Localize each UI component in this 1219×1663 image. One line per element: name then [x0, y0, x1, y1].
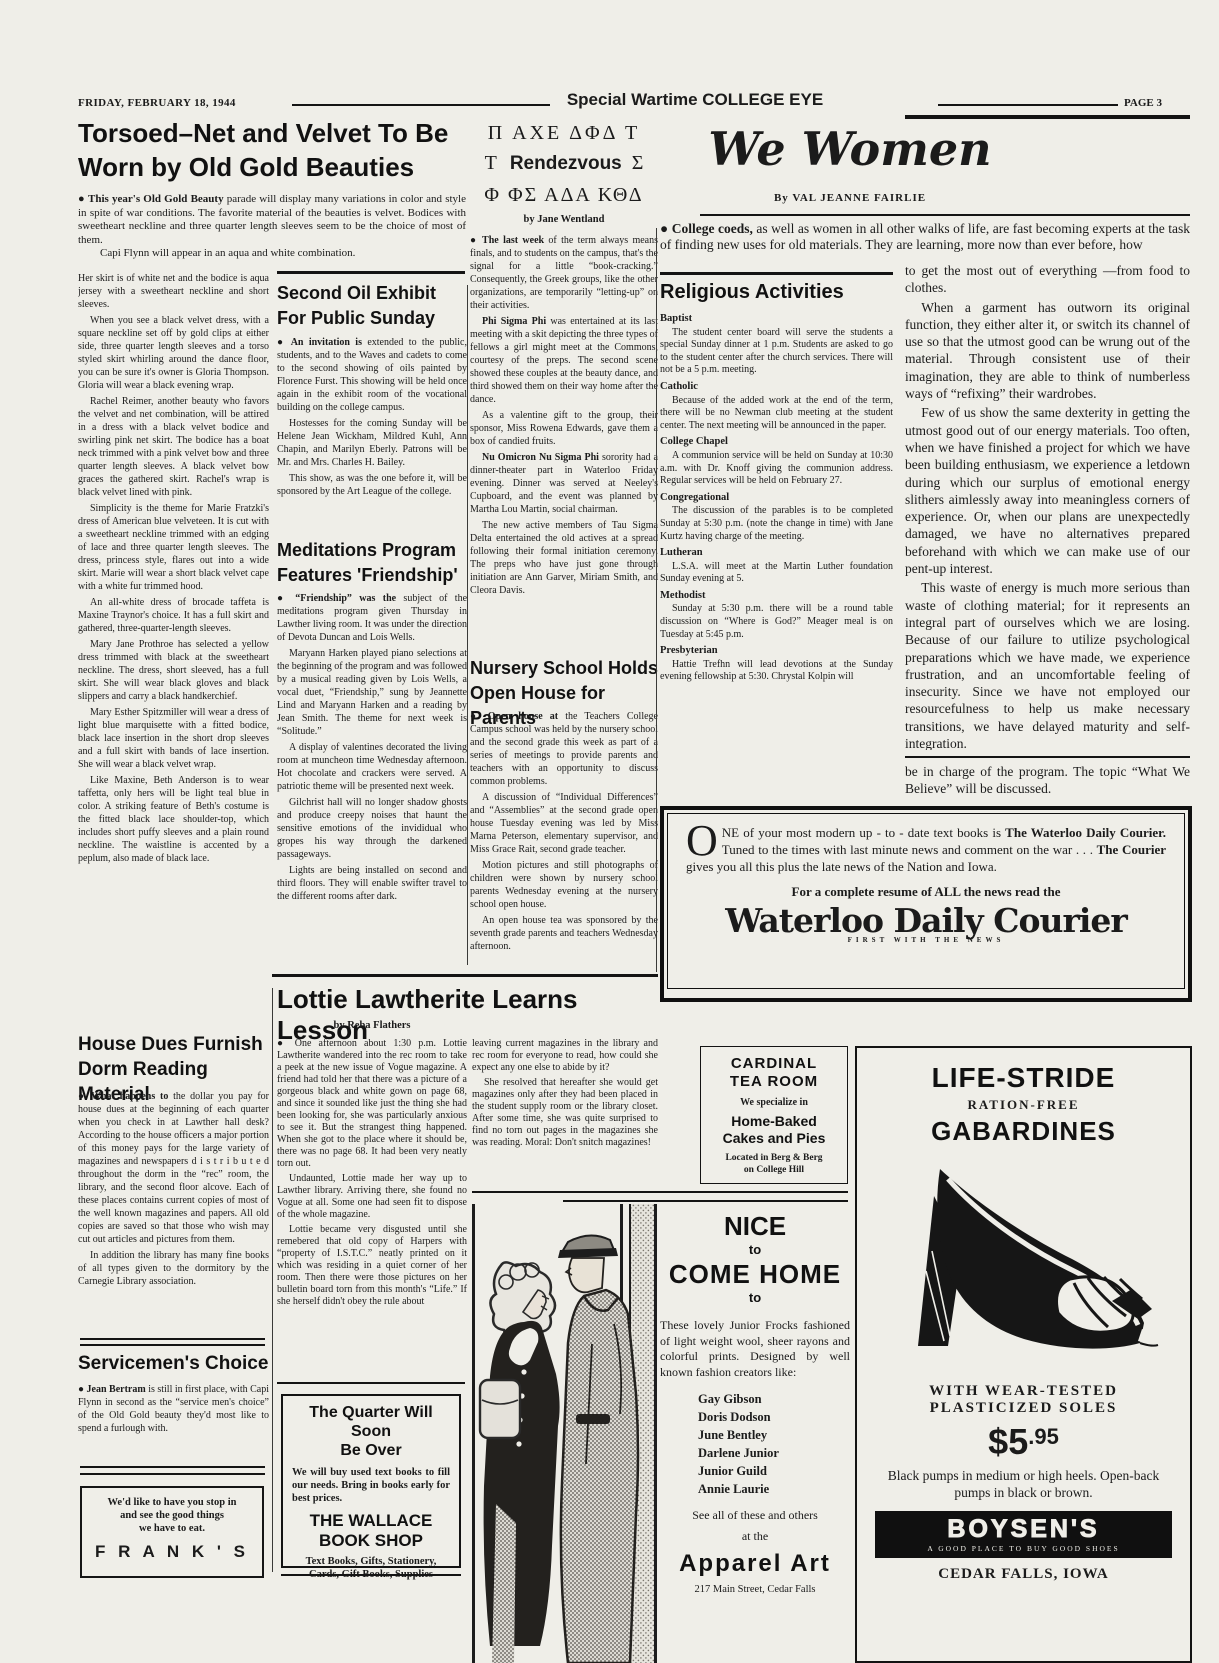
nice-ad-h1: NICE — [660, 1212, 850, 1240]
courier-ad-logo: Waterloo Daily Courier — [686, 904, 1166, 938]
designer-name: Doris Dodson — [698, 1408, 850, 1426]
wallace-ad-store-name: THE WALLACE BOOK SHOP — [292, 1511, 450, 1551]
rendezvous-byline: by Jane Wentland — [470, 214, 658, 225]
article-servicemen-headline: Servicemen's Choice — [78, 1353, 278, 1375]
nice-ad-h4: to — [660, 1288, 850, 1308]
article-torsoed-headline: Torsoed–Net and Velvet To Be Worn by Old… — [78, 116, 478, 184]
divider-rule — [80, 1473, 265, 1475]
lifestride-feature-2: PLASTICIZED SOLES — [857, 1400, 1190, 1417]
designer-name: Junior Guild — [698, 1462, 850, 1480]
designer-name: Annie Laurie — [698, 1480, 850, 1498]
cardinal-ad-product: Home-Baked Cakes and Pies — [701, 1113, 847, 1147]
article-torsoed-body: Her skirt is of white net and the bodice… — [78, 272, 269, 1028]
lifestride-desc: Black pumps in medium or high heels. Ope… — [857, 1467, 1190, 1501]
article-lottie-byline: by Reba Flathers — [277, 1020, 467, 1031]
wallace-ad-body: We will buy used text books to fill our … — [292, 1466, 450, 1505]
cardinal-ad-name: CARDINAL TEA ROOM — [701, 1055, 847, 1091]
wallace-ad: The Quarter Will Soon Be Over We will bu… — [281, 1394, 461, 1568]
column-rule — [656, 228, 657, 972]
nice-ad-at-line: at the — [660, 1529, 850, 1544]
greek-letters-row2: Τ Rendezvous Σ — [470, 148, 658, 180]
rendezvous-masthead: Π ΑΧΕ ΔΦΔ Τ Τ Rendezvous Σ Φ ΦΣ ΑΔΑ ΚΘΔ … — [470, 118, 658, 225]
nice-ad: NICE to COME HOME to These lovely Junior… — [660, 1212, 850, 1595]
courier-ad-inner: ONE of your most modern up - to - date t… — [667, 813, 1185, 989]
greek-letters-row3: Φ ΦΣ ΑΔΑ ΚΘΔ — [470, 180, 658, 210]
divider-rule — [905, 756, 1190, 758]
nice-ad-designer-list: Gay Gibson Doris Dodson June Bentley Dar… — [660, 1390, 850, 1498]
cardinal-ad-sub: We specialize in — [701, 1097, 847, 1108]
franks-ad-text: we have to eat. — [82, 1522, 262, 1535]
article-meditations-headline: Meditations Program Features 'Friendship… — [277, 538, 477, 588]
header-rule-right — [938, 104, 1118, 106]
lifestride-feature-1: WITH WEAR-TESTED — [857, 1383, 1190, 1400]
nice-ad-body: These lovely Junior Frocks fashioned of … — [660, 1318, 850, 1380]
article-house-dues-body: ● What happens to the dollar you pay for… — [78, 1090, 269, 1336]
column-rule — [272, 988, 273, 1572]
religious-section-presbyterian: Presbyterian — [660, 645, 893, 658]
religious-section-chapel: College Chapel — [660, 436, 893, 449]
lifestride-city: CEDAR FALLS, IOWA — [857, 1566, 1190, 1583]
religious-section-methodist: Methodist — [660, 590, 893, 603]
high-heel-pump-illustration — [874, 1151, 1174, 1376]
divider-rule — [563, 1200, 848, 1202]
religious-section-catholic: Catholic — [660, 381, 893, 394]
page-date: FRIDAY, FEBRUARY 18, 1944 — [78, 97, 236, 109]
we-women-continuation: to get the most out of everything —from … — [905, 262, 1190, 750]
article-oil-headline: Second Oil Exhibit For Public Sunday — [277, 281, 472, 331]
newspaper-page: FRIDAY, FEBRUARY 18, 1944 Special Wartim… — [0, 0, 1219, 1663]
divider-rule — [80, 1466, 265, 1468]
lifestride-price: $5.95 — [857, 1421, 1190, 1463]
divider-rule-thick — [272, 974, 658, 977]
cardinal-ad-location: Located in Berg & Berg on College Hill — [701, 1152, 847, 1176]
nice-ad-store-name: Apparel Art — [660, 1550, 850, 1578]
wallace-ad-headline: The Quarter Will Soon Be Over — [292, 1403, 450, 1460]
we-women-top-rule — [905, 115, 1190, 119]
franks-ad: We'd like to have you stop in and see th… — [80, 1486, 264, 1578]
article-servicemen-body: ● Jean Bertram is still in first place, … — [78, 1383, 269, 1461]
article-religious-body: Baptist The student center board will se… — [660, 309, 893, 753]
divider-rule — [660, 272, 893, 275]
franks-ad-text: and see the good things — [82, 1509, 262, 1522]
woman-figure — [480, 1262, 560, 1663]
boysens-store-name: BOYSEN'S — [875, 1515, 1172, 1544]
courier-ad-tagline: For a complete resume of ALL the news re… — [686, 884, 1166, 900]
divider-rule — [700, 214, 1190, 216]
religious-section-baptist: Baptist — [660, 313, 893, 326]
boysens-banner: BOYSEN'S A GOOD PLACE TO BUY GOOD SHOES — [875, 1511, 1172, 1558]
article-nursery-body: ● Open house at the Teachers College Cam… — [470, 710, 658, 972]
courier-ad: ONE of your most modern up - to - date t… — [660, 806, 1192, 1002]
wallace-ad-items: Text Books, Gifts, Stationery, Cards, Gi… — [292, 1555, 450, 1581]
nice-ad-h2: to — [660, 1240, 850, 1260]
article-religious-headline: Religious Activities — [660, 281, 900, 304]
designer-name: Darlene Junior — [698, 1444, 850, 1462]
courier-ad-dropcap: O — [686, 824, 722, 858]
rendezvous-title: Rendezvous — [504, 153, 628, 174]
boysens-store-sub: A GOOD PLACE TO BUY GOOD SHOES — [875, 1544, 1172, 1553]
divider-rule — [80, 1344, 265, 1346]
divider-rule — [80, 1338, 265, 1340]
lifestride-ad: LIFE-STRIDE RATION-FREE GABARDINES WITH … — [855, 1046, 1192, 1663]
lifestride-brand: LIFE-STRIDE — [857, 1062, 1190, 1094]
designer-name: Gay Gibson — [698, 1390, 850, 1408]
religious-section-lutheran: Lutheran — [660, 547, 893, 560]
nice-ad-see-line: See all of these and others — [660, 1508, 850, 1523]
franks-ad-store-name: F R A N K ' S — [82, 1542, 262, 1562]
article-lottie-col2: leaving current magazines in the library… — [472, 1038, 658, 1188]
greek-letters-row1: Π ΑΧΕ ΔΦΔ Τ — [470, 118, 658, 148]
we-women-title: We Women — [665, 122, 1035, 176]
article-torsoed-lead: ● This year's Old Gold Beauty parade wil… — [78, 193, 466, 269]
divider-rule — [277, 1382, 465, 1384]
divider-rule — [277, 271, 465, 274]
page-number: PAGE 3 — [1124, 97, 1162, 109]
designer-name: June Bentley — [698, 1426, 850, 1444]
divider-rule — [281, 1574, 461, 1576]
nice-ad-address: 217 Main Street, Cedar Falls — [660, 1584, 850, 1595]
article-oil-body: ● An invitation is extended to the publi… — [277, 336, 467, 532]
woman-greeting-soldier-illustration — [472, 1204, 658, 1663]
franks-ad-text: We'd like to have you stop in — [82, 1496, 262, 1509]
column-rule — [467, 285, 468, 965]
religious-section-congregational: Congregational — [660, 492, 893, 505]
nice-ad-h3: COME HOME — [660, 1260, 850, 1288]
article-lottie-headline: Lottie Lawtherite Learns Lesson — [277, 984, 662, 1046]
courier-ad-copy: ONE of your most modern up - to - date t… — [686, 824, 1166, 875]
article-meditations-body: ● “Friendship” was the subject of the me… — [277, 592, 467, 968]
lifestride-sub: RATION-FREE — [857, 1097, 1190, 1113]
masthead-title: Special Wartime COLLEGE EYE — [455, 90, 935, 110]
soldier-figure — [558, 1235, 638, 1663]
cardinal-ad: CARDINAL TEA ROOM We specialize in Home-… — [700, 1046, 848, 1184]
lifestride-product: GABARDINES — [857, 1116, 1190, 1147]
we-women-byline: By VAL JEANNE FAIRLIE — [665, 192, 1035, 204]
article-rendezvous-body: ● The last week of the term always means… — [470, 234, 658, 652]
divider-rule — [472, 1191, 848, 1193]
article-lottie-col1: ● One afternoon about 1:30 p.m. Lottie L… — [277, 1038, 467, 1380]
nice-ad-illustration — [472, 1204, 658, 1663]
